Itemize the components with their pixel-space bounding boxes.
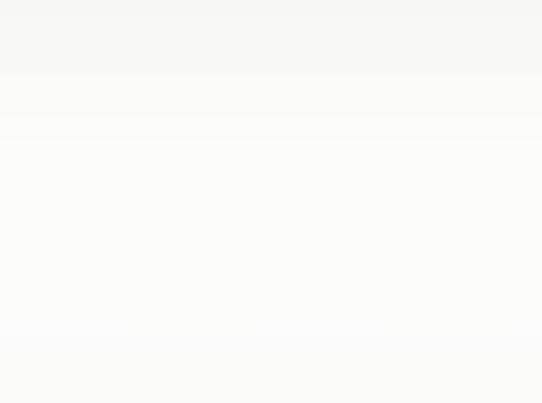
document-page (0, 0, 542, 403)
